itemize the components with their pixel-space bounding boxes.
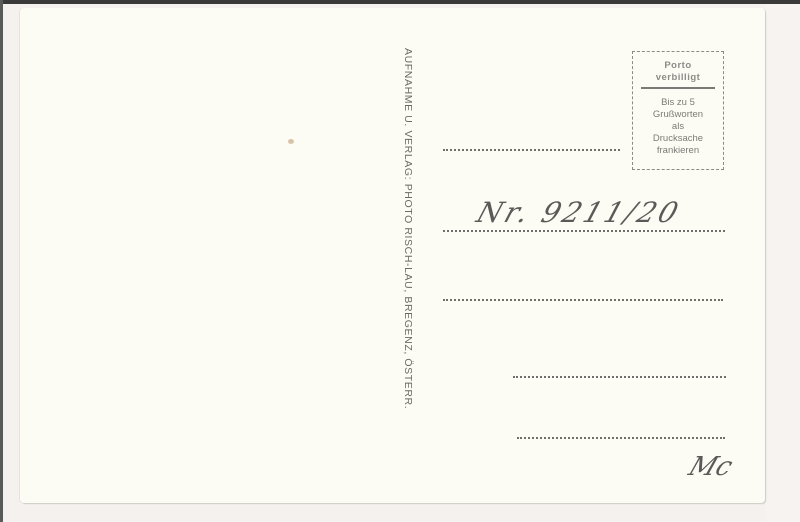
stain xyxy=(288,139,294,144)
scan-background xyxy=(766,4,800,522)
stamp-rule xyxy=(641,87,715,89)
address-line-2 xyxy=(443,230,725,232)
handwritten-reference: Nr. 9211/20 xyxy=(473,196,686,229)
address-line-5 xyxy=(517,437,725,439)
stamp-line: Drucksache xyxy=(633,133,723,145)
address-line-1 xyxy=(443,149,620,151)
address-line-4 xyxy=(513,376,726,378)
stamp-box: Porto verbilligt Bis zu 5 Grußworten als… xyxy=(632,51,724,170)
stamp-title: Porto xyxy=(633,60,723,72)
stamp-line: frankieren xyxy=(633,145,723,157)
stamp-line: Grußworten xyxy=(633,109,723,121)
address-line-3 xyxy=(443,299,723,301)
stamp-line: Bis zu 5 xyxy=(633,97,723,109)
scan-left-edge xyxy=(0,0,3,522)
stamp-line: als xyxy=(633,121,723,133)
scan-top-edge xyxy=(0,0,800,4)
publisher-imprint: AUFNAHME U. VERLAG: PHOTO RISCH-LAU, BRE… xyxy=(402,48,414,409)
stamp-subtitle: verbilligt xyxy=(633,72,723,84)
